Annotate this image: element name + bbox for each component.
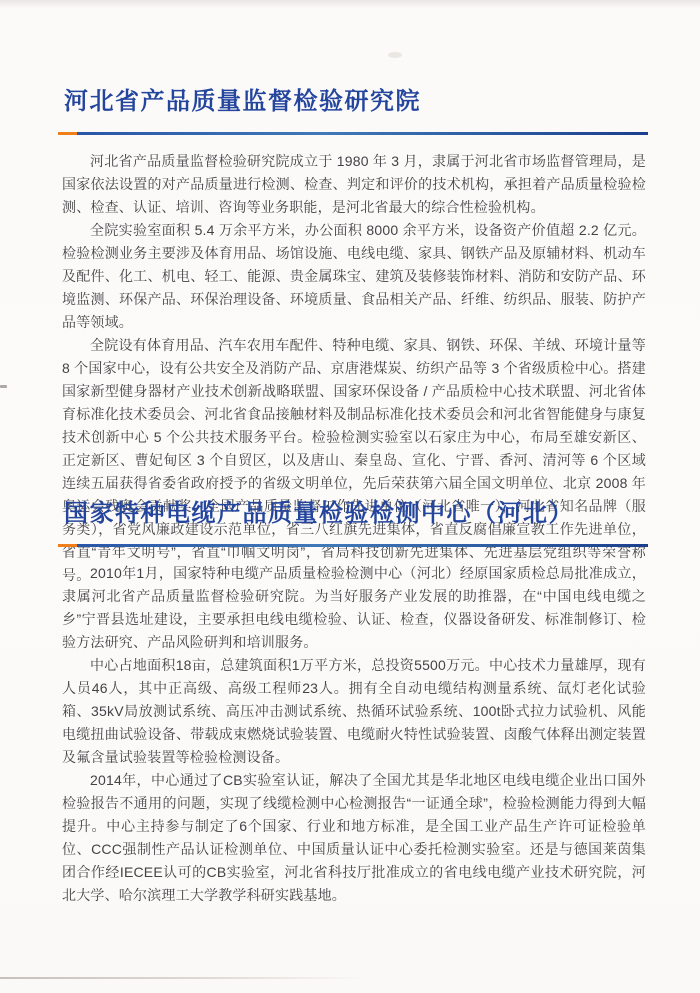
- paragraph: 中心占地面积18亩，总建筑面积1万平方米，总投资5500万元。中心技术力量雄厚，…: [62, 654, 646, 769]
- scan-speck: [0, 385, 7, 388]
- scan-edge-line: [0, 977, 368, 979]
- section-title: 河北省产品质量监督检验研究院: [58, 86, 648, 118]
- paragraph: 全院实验室面积 5.4 万余平方米，办公面积 8000 余平方米，设备资产价值超…: [62, 219, 646, 334]
- section-title: 国家特种电缆产品质量检验检测中心（河北）: [58, 498, 648, 530]
- section-body: 2010年1月，国家特种电缆产品质量检验检测中心（河北）经原国家质检总局批准成立…: [58, 547, 648, 907]
- paragraph: 河北省产品质量监督检验研究院成立于 1980 年 3 月，隶属于河北省市场监督管…: [62, 150, 646, 219]
- section-national-cable-center: 国家特种电缆产品质量检验检测中心（河北） 2010年1月，国家特种电缆产品质量检…: [58, 498, 648, 907]
- paragraph: 2010年1月，国家特种电缆产品质量检验检测中心（河北）经原国家质检总局批准成立…: [62, 562, 646, 654]
- scan-smudge: [388, 52, 402, 58]
- paragraph: 2014年，中心通过了CB实验室认证，解决了全国尤其是华北地区电线电缆企业出口国…: [62, 769, 646, 907]
